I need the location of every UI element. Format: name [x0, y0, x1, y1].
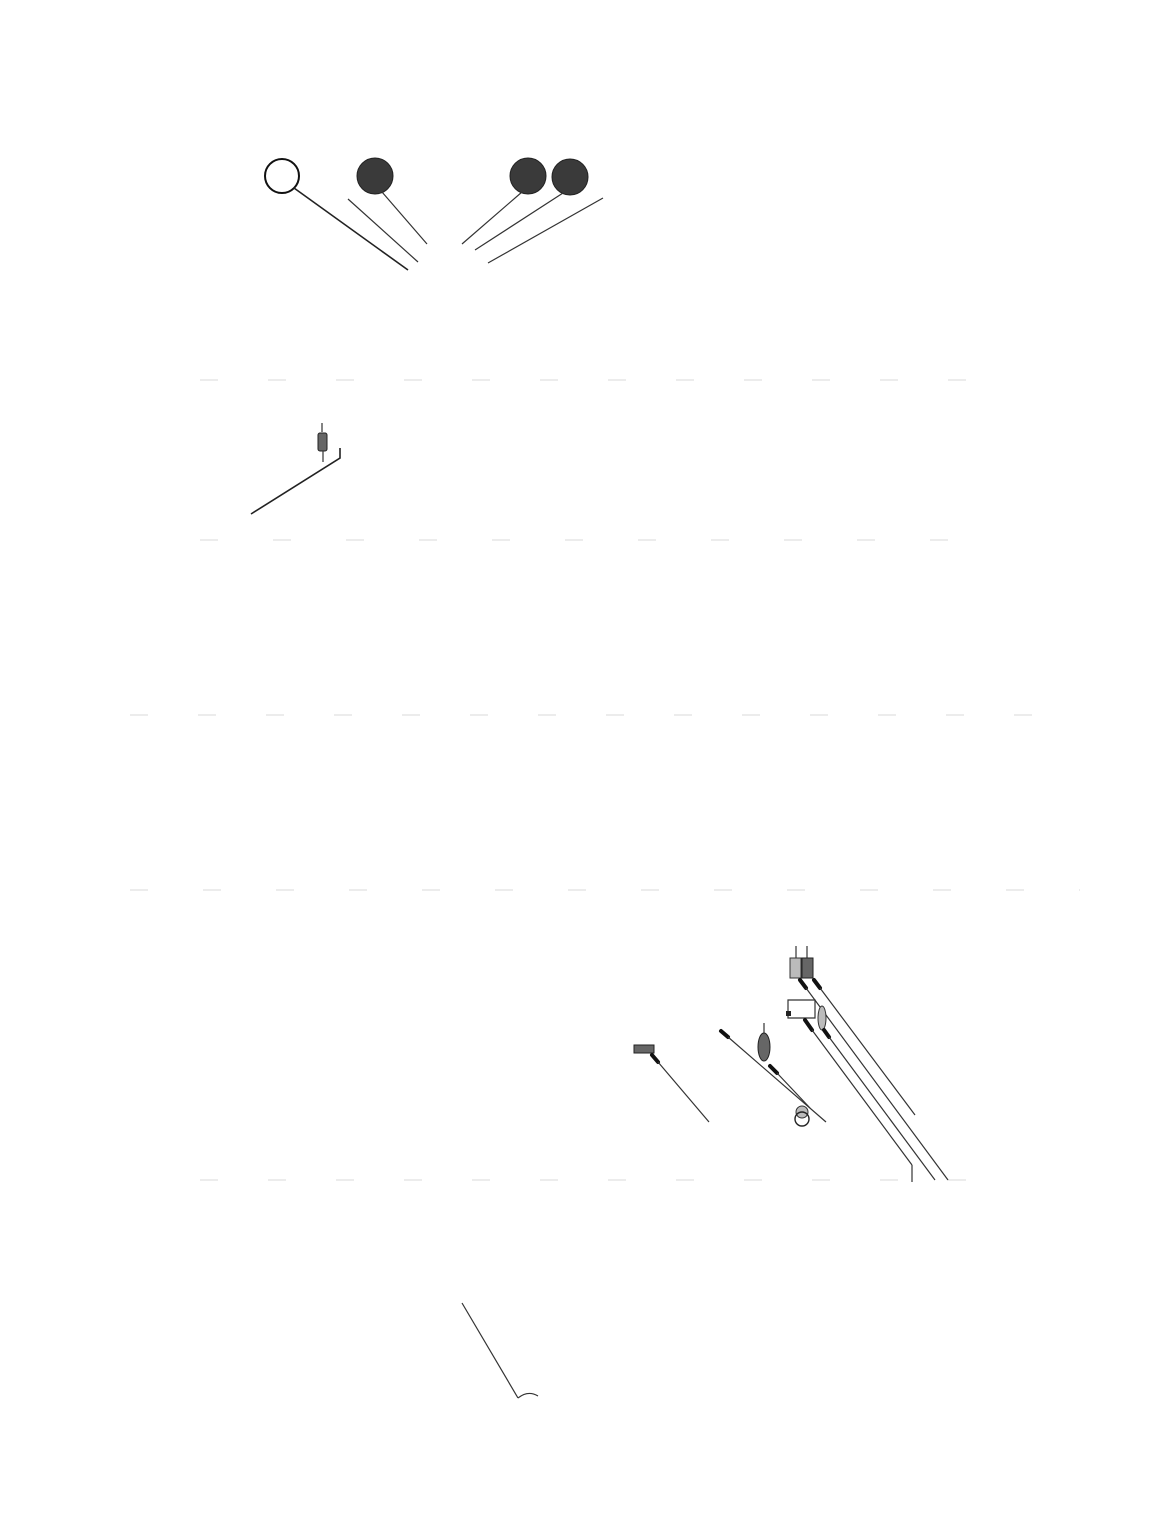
fuse-icon: [802, 958, 813, 978]
open-pin-icon: [265, 159, 299, 193]
fuse-icon: [790, 958, 801, 978]
terminal-block-icon: [634, 1045, 654, 1053]
bottom-callout: [462, 1303, 538, 1398]
relay-icon: [318, 433, 327, 451]
component-location-diagram: [0, 0, 1164, 1517]
filled-pin-icon: [510, 158, 546, 194]
top-pin-cluster: [265, 158, 603, 270]
filled-pin-icon: [552, 159, 588, 195]
lower-right-component-cluster: [634, 946, 948, 1182]
filled-pin-icon: [357, 158, 393, 194]
hook-icon: [518, 1393, 538, 1398]
inline-fuse-icon: [818, 1006, 826, 1030]
inline-component-icon: [758, 1033, 770, 1061]
connector-icon: [788, 1000, 815, 1018]
left-relay-callout: [251, 423, 340, 514]
